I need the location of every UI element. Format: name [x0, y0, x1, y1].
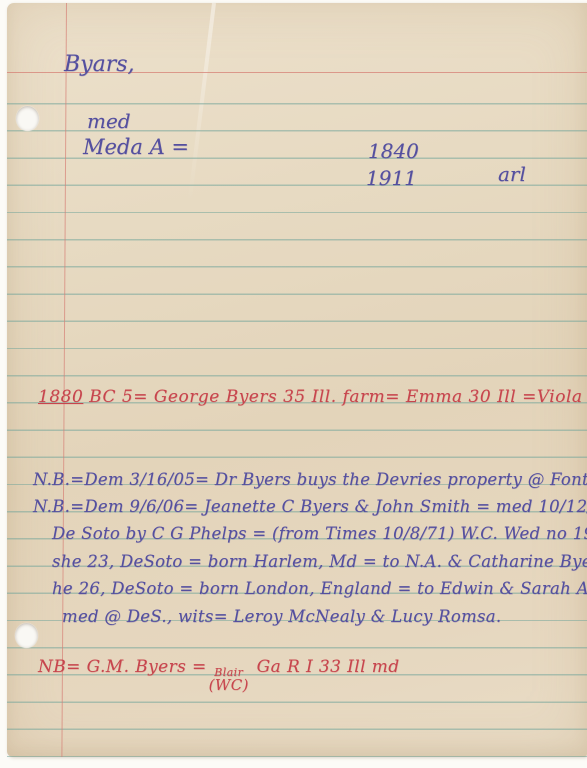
birth-year: 1840: [368, 140, 419, 162]
hole-punch-top: [16, 106, 39, 131]
meda-line: Meda A =: [83, 136, 189, 159]
nb-note-line-5: he 26, DeSoto = born London, England = t…: [52, 580, 587, 598]
state-note: arl: [498, 163, 526, 185]
nb-note-line-6: med @ DeS., wits= Leroy McNealy & Lucy R…: [62, 608, 501, 626]
census-rest: BC 5= George Byers 35 Ill. farm= Emma 30…: [83, 387, 587, 407]
nb-note-line-2: N.B.=Dem 9/6/06= Jeanette C Byers & John…: [33, 498, 587, 516]
census-year: 1880: [38, 387, 83, 407]
nb-note-line-3: De Soto by C G Phelps = (from Times 10/8…: [52, 525, 587, 543]
nb-note-line-4: she 23, DeSoto = born Harlem, Md = to N.…: [52, 553, 587, 571]
gar-insertion: Blair(WC): [209, 668, 249, 693]
gar-insertion-below: (WC): [209, 678, 249, 693]
hole-punch-bottom: [15, 623, 38, 648]
gar-note-line: NB= G.M. Byers =Blair(WC) Ga R I 33 Ill …: [38, 658, 400, 693]
nb-note-line-1: N.B.=Dem 3/16/05= Dr Byers buys the Devr…: [33, 471, 587, 489]
gar-prefix: NB= G.M. Byers =: [38, 657, 207, 677]
med-label: med: [87, 110, 131, 132]
gar-suffix: Ga R I 33 Ill md: [251, 657, 400, 677]
scanned-page: Byars, med Meda A = 1840 1911 arl 1880 B…: [0, 0, 587, 768]
census-1880-line: 1880 BC 5= George Byers 35 Ill. farm= Em…: [38, 388, 587, 407]
death-year: 1911: [366, 167, 417, 189]
notebook-paper-sheet: Byars, med Meda A = 1840 1911 arl 1880 B…: [7, 3, 587, 757]
surname-header: Byars,: [64, 53, 135, 77]
